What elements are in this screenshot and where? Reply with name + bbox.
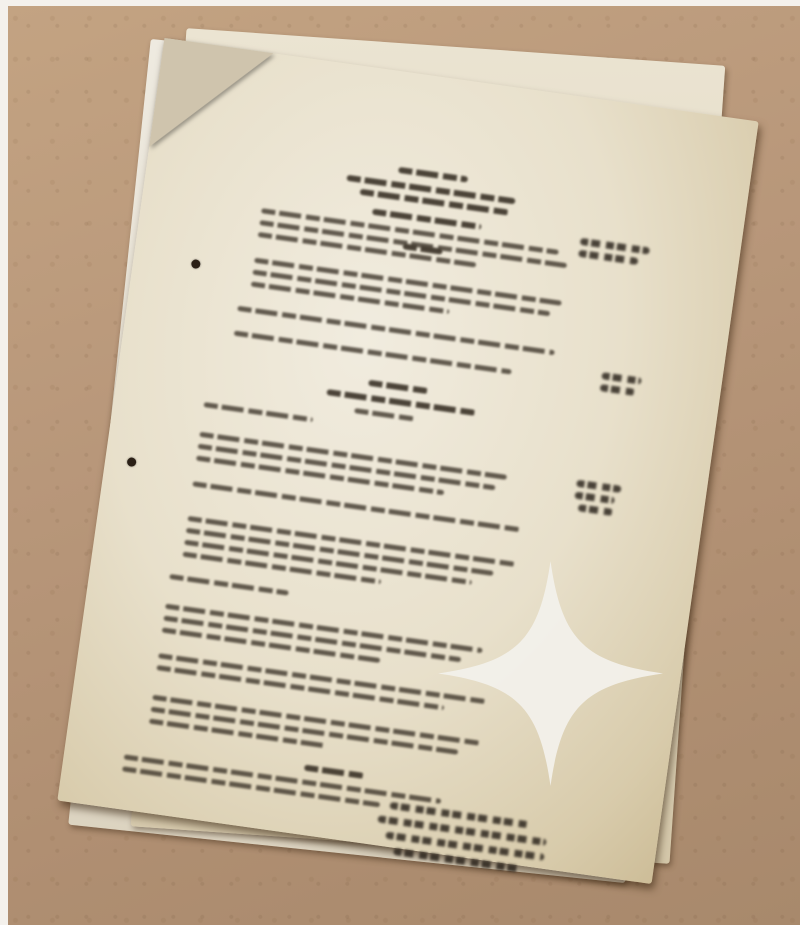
text-line bbox=[254, 258, 562, 306]
text-line bbox=[204, 402, 314, 422]
margin-note bbox=[601, 372, 642, 384]
text-line bbox=[165, 604, 483, 653]
text-line bbox=[304, 765, 364, 779]
margin-note bbox=[578, 250, 638, 265]
margin-note bbox=[576, 480, 622, 493]
text-line bbox=[398, 167, 468, 183]
text-line bbox=[354, 408, 414, 421]
text-line bbox=[326, 389, 475, 416]
text-line bbox=[158, 653, 485, 704]
folded-corner bbox=[149, 38, 273, 162]
text-line bbox=[169, 574, 289, 596]
text-line bbox=[152, 695, 479, 746]
margin-note bbox=[600, 384, 636, 396]
image-subject: Stack of aged typewritten paper document… bbox=[8, 6, 9, 7]
margin-note bbox=[574, 492, 615, 504]
text-line bbox=[368, 380, 428, 394]
four-point-sparkle-icon bbox=[438, 561, 663, 786]
text-line bbox=[124, 754, 442, 803]
text-line bbox=[199, 432, 507, 480]
margin-note bbox=[578, 504, 614, 516]
text-line bbox=[237, 306, 555, 355]
punch-hole bbox=[127, 457, 137, 467]
text-line bbox=[234, 331, 512, 375]
photo-scene: Stack of aged typewritten paper document… bbox=[8, 6, 800, 925]
punch-hole bbox=[191, 259, 201, 269]
